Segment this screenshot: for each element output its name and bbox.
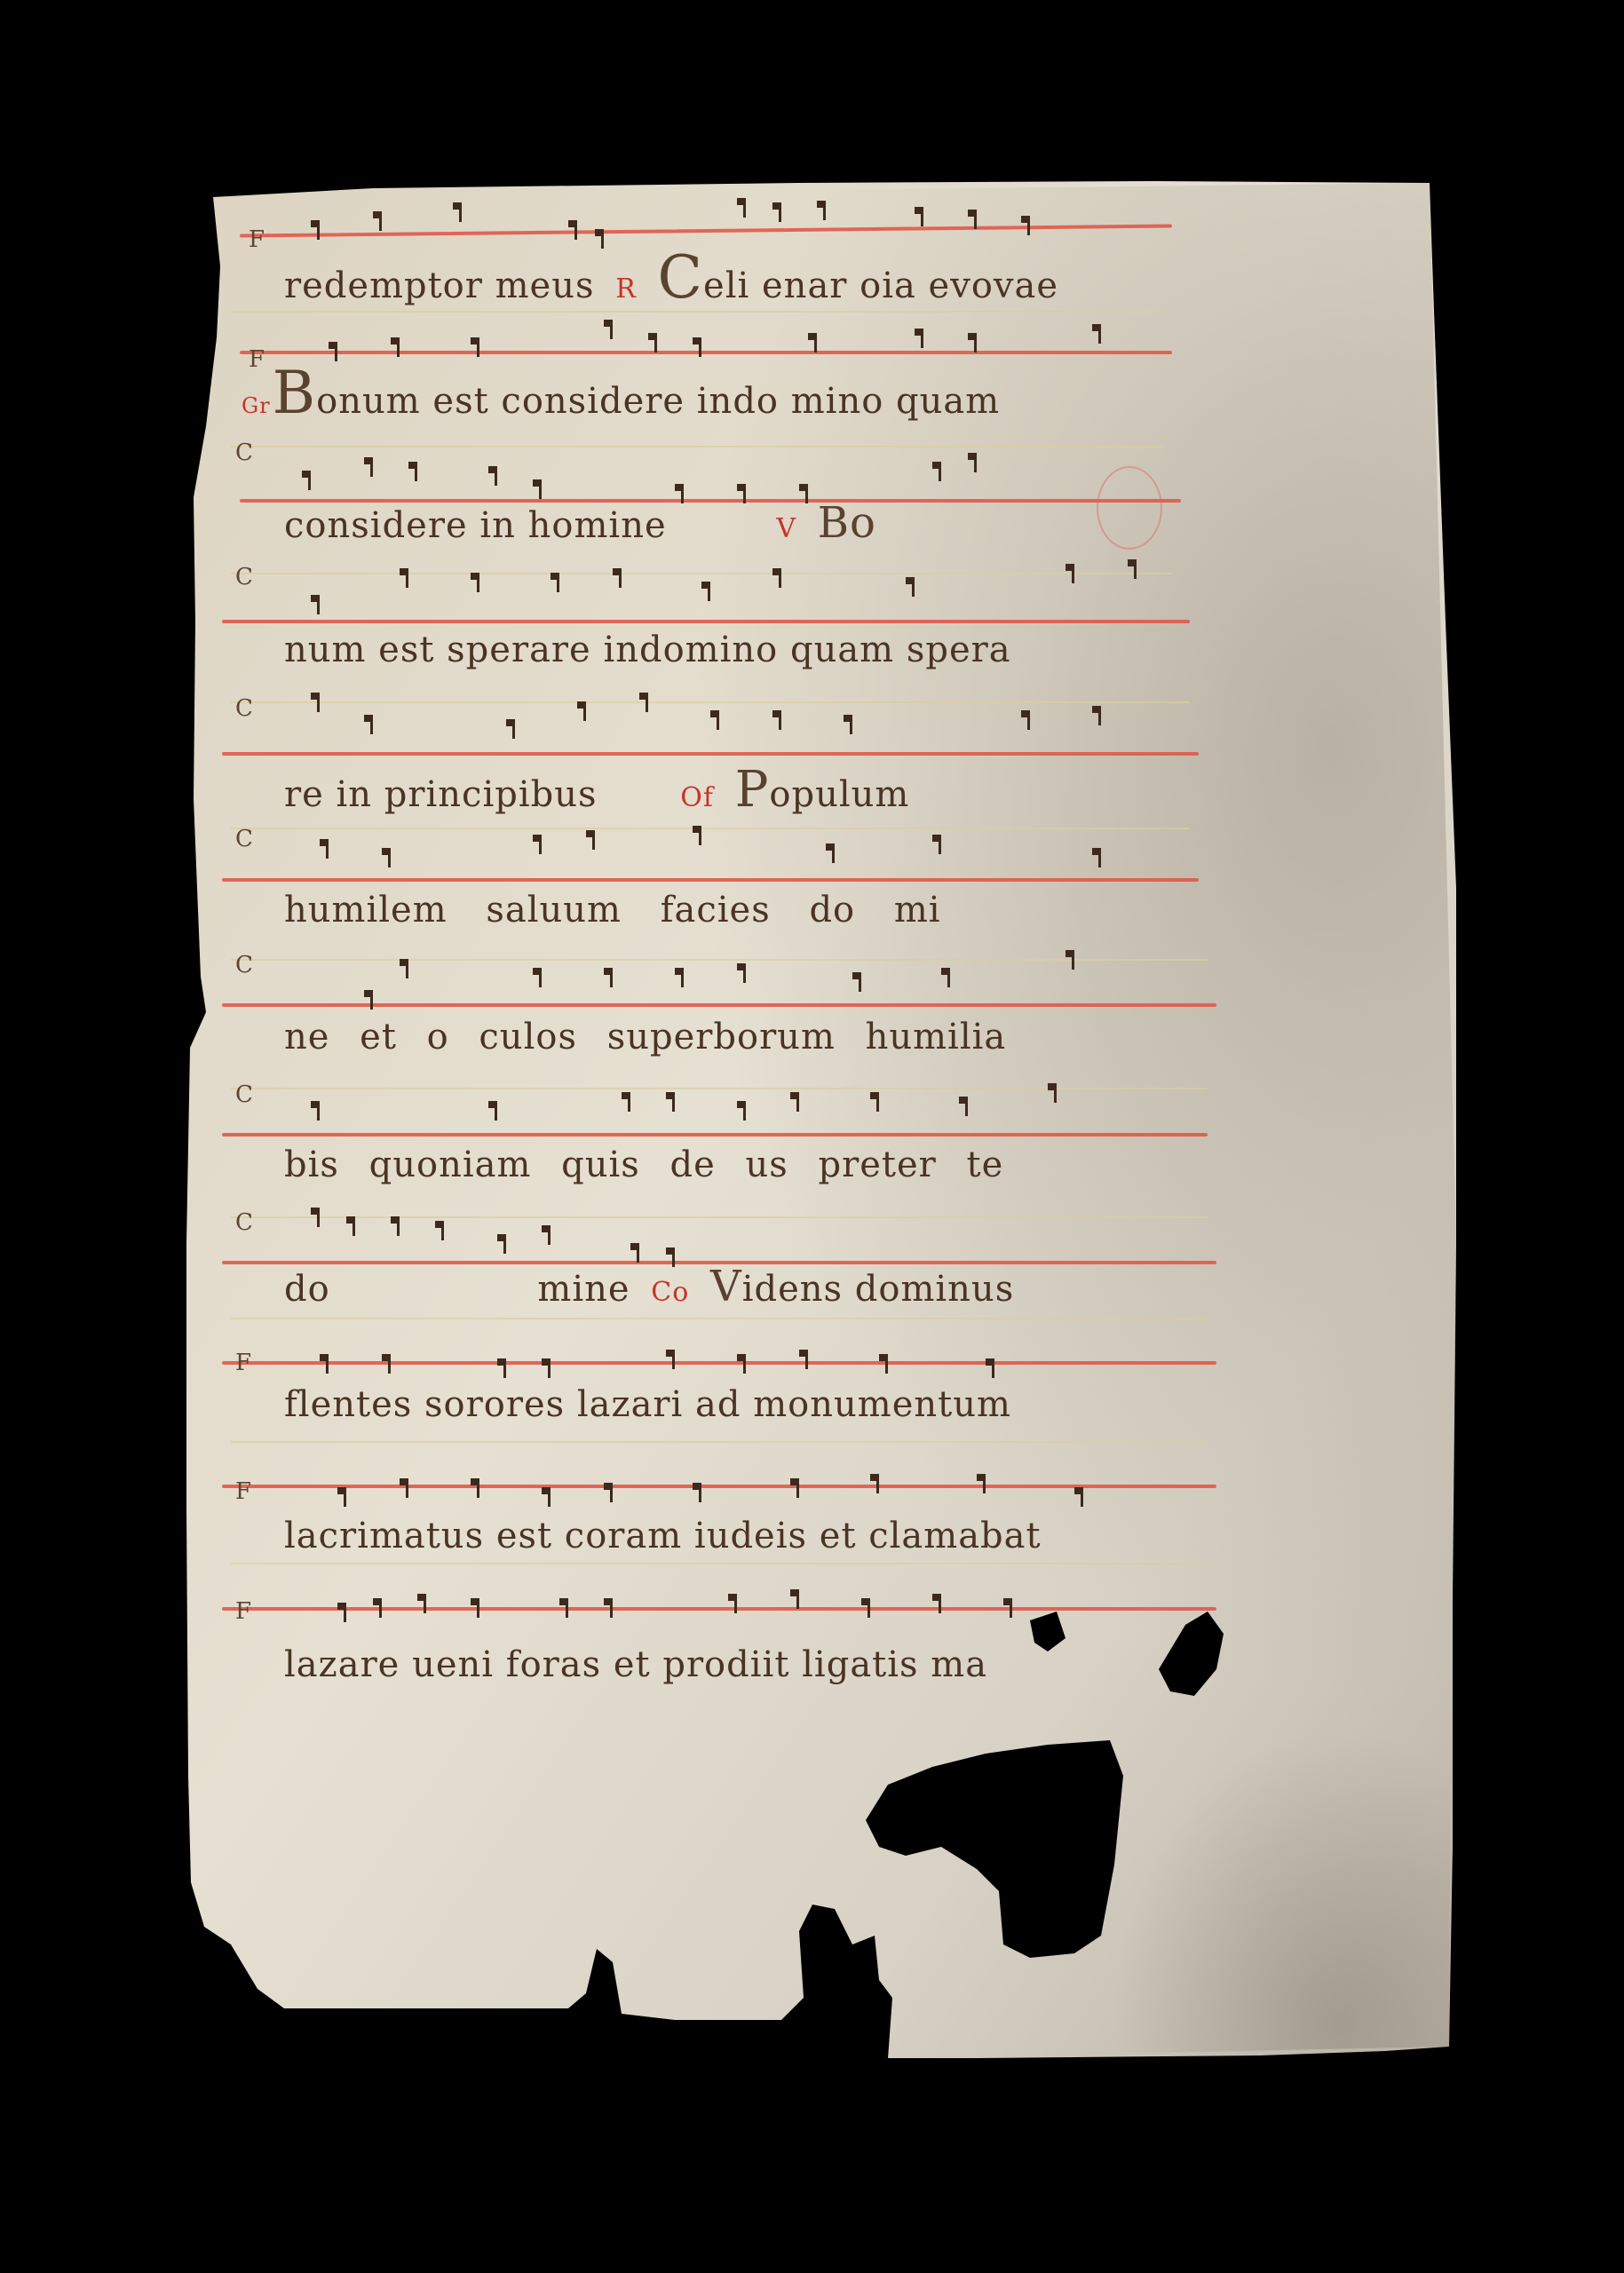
lyric-text: redemptor meus — [284, 265, 595, 306]
text-line-5: re in principibus Of Populum — [284, 765, 909, 815]
lyric-text: idens dominus — [742, 1269, 1015, 1310]
rubric-label: Gr — [242, 393, 271, 418]
clef-mark: F — [249, 226, 265, 253]
rubric-label: R — [615, 273, 637, 305]
clef-mark: F — [235, 1478, 251, 1505]
text-line-12: lazare ueni foras et prodiit ligatis ma — [284, 1647, 987, 1683]
clef-mark: C — [235, 826, 253, 852]
neume-row — [293, 1199, 1225, 1261]
neume-row — [293, 444, 1181, 506]
neume-row — [293, 941, 1225, 1003]
clef-mark: C — [235, 564, 253, 590]
clef-mark: C — [235, 1081, 253, 1108]
lyric-text: do mine — [284, 1269, 630, 1310]
text-line-7: ne et o culos superborum humilia — [284, 1019, 1006, 1055]
lyric-text: onum est considere indo mino quam — [316, 381, 1000, 422]
text-line-11: lacrimatus est coram iudeis et clamabat — [284, 1518, 1042, 1554]
neume-row — [293, 550, 1225, 613]
lyric-text: opulum — [769, 774, 909, 815]
lyric-text: num est sperare indomino quam spera — [284, 630, 1011, 670]
staff-line — [222, 620, 1190, 623]
lyric-text: ne et o culos superborum humilia — [284, 1017, 1006, 1057]
rubric-label: Of — [680, 782, 714, 813]
lyric-text: re in principibus — [284, 774, 598, 815]
lyric-text: eli enar oia evovae — [703, 265, 1058, 306]
neume-row — [293, 1074, 1225, 1136]
initial-letter: C — [658, 243, 704, 312]
marginal-red-circle — [1097, 466, 1162, 550]
text-line-3: considere in homine V Bo — [284, 502, 876, 544]
manuscript-leaf: F F C C C C C C C F F F red — [0, 0, 1624, 2273]
staff-line — [222, 878, 1199, 882]
lyric-text: lazare ueni foras et prodiit ligatis ma — [284, 1644, 987, 1685]
lyric-text: humilem saluum facies do mi — [284, 890, 941, 931]
dry-point-line — [231, 1563, 1208, 1564]
neume-row — [293, 1456, 1225, 1518]
rubric-label: Co — [651, 1277, 689, 1308]
lyric-text: considere in homine — [284, 505, 667, 546]
clef-mark: C — [235, 695, 253, 722]
text-line-6: humilem saluum facies do mi — [284, 892, 941, 928]
lyric-text: flentes sorores lazari ad monumentum — [284, 1384, 1011, 1425]
clef-mark: F — [235, 1350, 251, 1376]
text-line-9: do mine Co Videns dominus — [284, 1265, 1014, 1308]
neume-row — [293, 684, 1225, 746]
initial-letter: B — [273, 359, 317, 427]
lyric-text: lacrimatus est coram iudeis et clamabat — [284, 1516, 1042, 1556]
text-line-1: redemptor meus R Celi enar oia evovae — [284, 249, 1058, 307]
neume-row — [293, 194, 1181, 256]
text-line-10: flentes sorores lazari ad monumentum — [284, 1387, 1011, 1422]
clef-mark: C — [235, 440, 253, 466]
staff-line — [222, 752, 1199, 756]
dry-point-line — [231, 1441, 1208, 1443]
dry-point-line — [231, 1318, 1208, 1319]
clef-mark: C — [235, 1209, 253, 1236]
text-line-8: bis quoniam quis de us preter te — [284, 1147, 1003, 1183]
initial-letter: Bo — [818, 498, 876, 548]
clef-mark: F — [235, 1598, 251, 1625]
initial-letter: P — [735, 761, 770, 819]
rubric-label: V — [776, 513, 796, 544]
clef-mark: C — [235, 952, 253, 978]
text-line-4: num est sperare indomino quam spera — [284, 632, 1011, 668]
lyric-text: bis quoniam quis de us preter te — [284, 1144, 1003, 1185]
initial-letter: V — [710, 1262, 742, 1311]
neume-row — [293, 1576, 1225, 1638]
text-line-2: GrBonum est considere indo mino quam — [242, 364, 1000, 423]
